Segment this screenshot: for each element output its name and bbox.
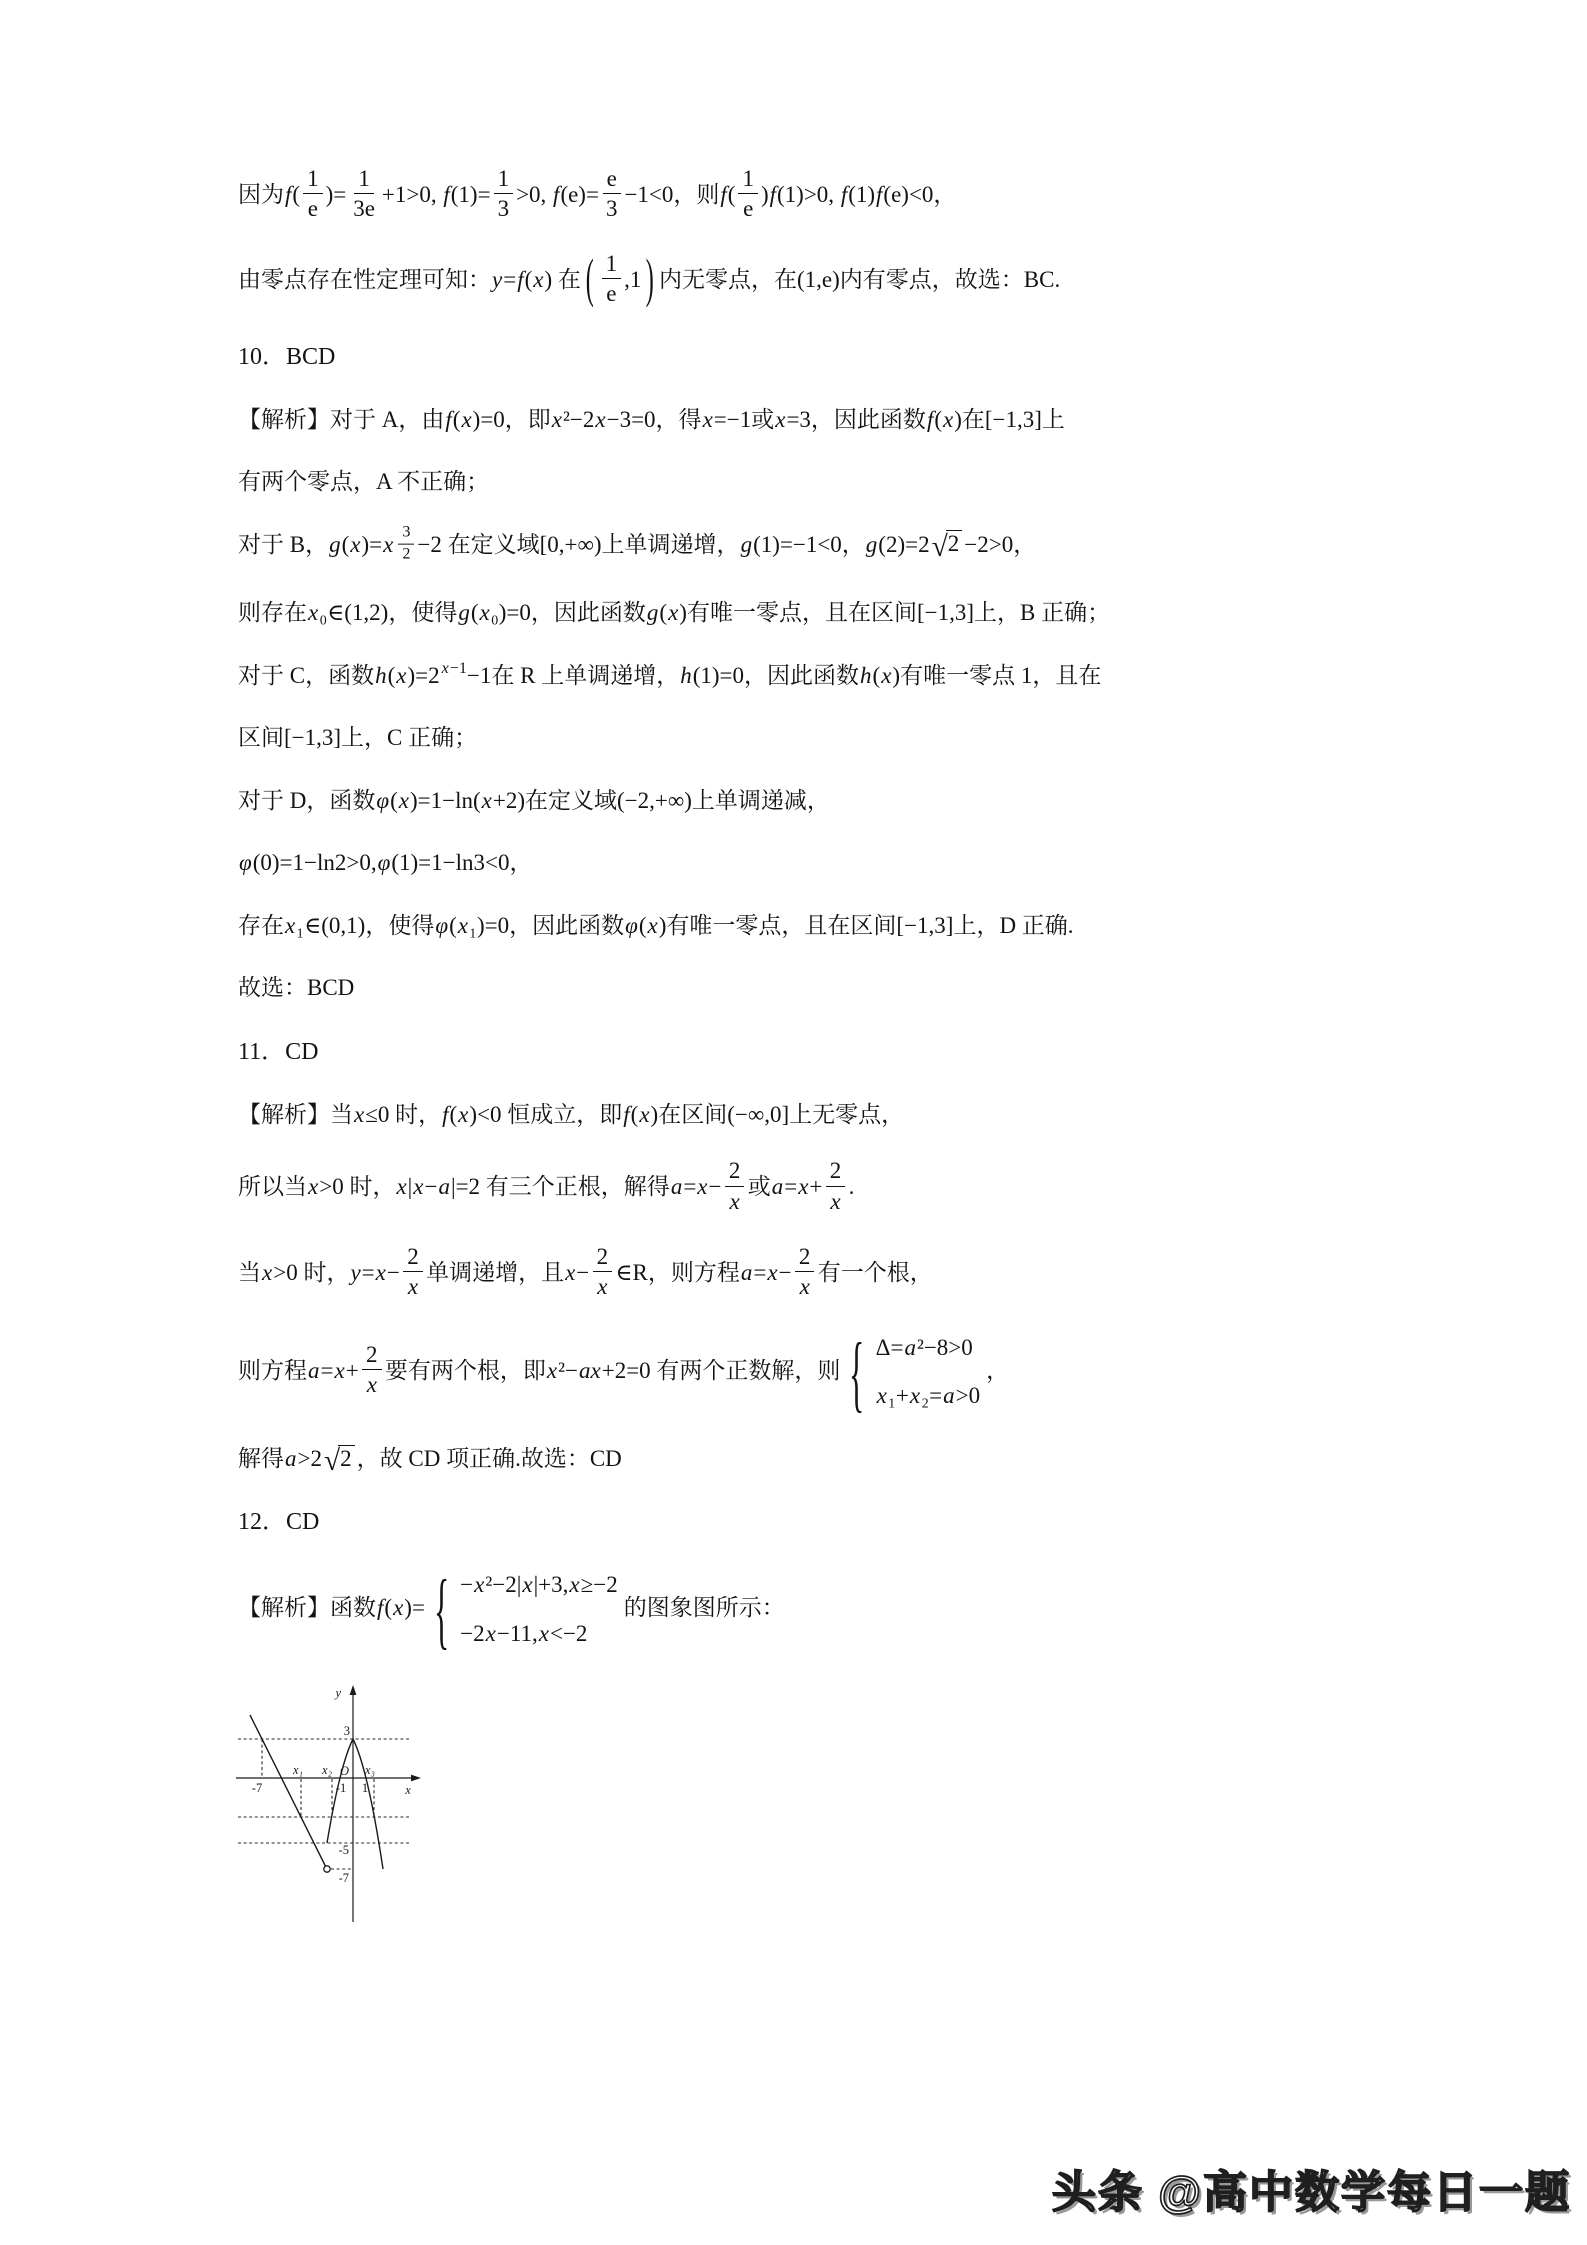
math-i: x: [568, 1572, 580, 1597]
math-t: (: [659, 600, 667, 625]
math-t: ≤0 时，: [365, 1102, 441, 1127]
math-t: =: [784, 1174, 797, 1199]
q10-expl-1: 【解析】对于 A，由f(x)=0，即x²−2x−3=0，得x=−1或x=3，因此…: [238, 403, 1368, 438]
math-t: −2: [460, 1621, 484, 1646]
q10-answer: 10．BCD: [238, 339, 1368, 375]
math-t: 2: [366, 1342, 378, 1367]
math-t: 由零点存在性定理可知：: [238, 267, 491, 292]
math-t: 【解析】对于 A，由: [238, 407, 444, 432]
math-t: )<0 恒成立，即: [469, 1102, 622, 1127]
math-t: (: [449, 913, 457, 938]
math-t: >0,: [516, 182, 552, 207]
math-i: x: [521, 1572, 533, 1597]
math-i: a: [740, 1260, 754, 1285]
math-sq: √2: [932, 530, 963, 557]
math-i: x: [307, 1174, 319, 1199]
math-t: ₀)=0，因此函数: [491, 600, 646, 625]
math-sup: 32: [395, 518, 417, 559]
math-t: ²−8>0: [917, 1335, 973, 1360]
origin-label: O: [340, 1764, 349, 1778]
math-i: x: [564, 1260, 576, 1285]
math-t: ²−: [558, 1358, 578, 1383]
math-t: 3e: [353, 196, 375, 221]
q10-expl-6: 区间[−1,3]上，C 正确；: [238, 721, 1368, 756]
math-t: −: [425, 1174, 438, 1199]
math-t: 则存在: [238, 600, 307, 625]
math-t: (e)<0，: [883, 182, 956, 207]
math-t: )有唯一零点，且在区间[−1,3]上，B 正确；: [679, 600, 1110, 625]
math-i: φ: [375, 788, 390, 813]
math-t: |=2 有三个正根，解得: [451, 1174, 670, 1199]
neg1-label: -1: [336, 1781, 346, 1795]
math-t: 内无零点，在(1,e)内有零点，故选：BC.: [659, 267, 1060, 292]
math-i: g: [328, 532, 342, 557]
math-t: (1)=0，因此函数: [693, 663, 859, 688]
math-i: y: [491, 267, 503, 292]
math-t: 3: [402, 523, 410, 540]
math-t: ∈R，则方程: [616, 1260, 740, 1285]
math-t: 2: [340, 1446, 352, 1471]
math-t: )=: [404, 1595, 425, 1620]
math-i: x: [797, 1174, 809, 1199]
cases-row: Δ=a²−8>0: [876, 1331, 980, 1366]
math-sup: x−1: [441, 657, 467, 681]
math-i: h: [374, 663, 388, 688]
math-i: x: [880, 663, 892, 688]
math-i: g: [646, 600, 660, 625]
math-t: 3: [498, 196, 510, 221]
math-t: (e)=: [560, 182, 599, 207]
math-t: =: [503, 267, 516, 292]
math-t: )=0，即: [473, 407, 551, 432]
q11-expl-1: 【解析】当x≤0 时，f(x)<0 恒成立，即f(x)在区间(−∞,0]上无零点…: [238, 1098, 1368, 1133]
math-t: (: [449, 1102, 457, 1127]
math-i: x: [392, 1595, 404, 1620]
math-i: x: [481, 788, 493, 813]
math-t: 有两个零点，A 不正确；: [238, 469, 489, 494]
math-t: ²−2: [563, 407, 594, 432]
math-i: φ: [377, 850, 392, 875]
q12-expl-1: 【解析】函数f(x)={−x²−2|x|+3,x≥−2−2x−11,x<−2的图…: [238, 1568, 1368, 1651]
math-cs: {Δ=a²−8>0x₁+x₂=a>0: [846, 1331, 980, 1414]
math-t: ₁+: [888, 1383, 909, 1408]
math-t: )有唯一零点 1，且在: [892, 663, 1101, 688]
math-t: (: [390, 788, 398, 813]
math-t: ) 在: [544, 267, 580, 292]
math-t: (: [471, 600, 479, 625]
dashed-guides: [238, 1739, 410, 1869]
math-i: x: [457, 913, 469, 938]
math-t: −1<0，则: [624, 182, 719, 207]
math-i: f: [622, 1102, 630, 1127]
math-t: 对于 D，函数: [238, 788, 375, 813]
math-t: >0 时，: [273, 1260, 349, 1285]
math-t: (: [728, 182, 736, 207]
math-i: a: [307, 1358, 321, 1383]
math-t: (0)=1−ln2>0,: [253, 850, 377, 875]
math-t: 因为: [238, 182, 284, 207]
math-i: x: [375, 1260, 387, 1285]
y-axis-label: y: [333, 1686, 341, 1700]
math-t: >0: [956, 1383, 980, 1408]
math-i: a: [284, 1446, 298, 1471]
math-t: −3=0，得: [607, 407, 702, 432]
math-t: −: [387, 1260, 400, 1285]
solution-lines: 因为f(1e)=13e+1>0, f(1)=13>0, f(e)=e3−1<0，…: [238, 168, 1368, 1651]
q10-expl-9: 存在x₁∈(0,1)，使得φ(x₁)=0，因此函数φ(x)有唯一零点，且在区间[…: [238, 909, 1368, 944]
x2-label: x₂: [321, 1763, 333, 1777]
math-i: x: [261, 1260, 273, 1285]
math-t: e: [606, 281, 616, 306]
math-i: x: [551, 407, 563, 432]
math-i: x: [333, 1358, 345, 1383]
document-page: 因为f(1e)=13e+1>0, f(1)=13>0, f(e)=e3−1<0，…: [0, 0, 1587, 2245]
math-t: ,1: [624, 267, 641, 292]
math-t: 所以当: [238, 1174, 307, 1199]
math-t: 1: [606, 251, 618, 276]
x-axis-label: x: [404, 1783, 411, 1797]
math-i: x: [349, 532, 361, 557]
q11-conclusion: 解得a>2√2，故 CD 项正确.故选：CD: [238, 1442, 1368, 1477]
q9-line-1: 因为f(1e)=13e+1>0, f(1)=13>0, f(e)=e3−1<0，…: [238, 168, 1368, 225]
math-t: 2: [948, 531, 960, 556]
math-i: a: [437, 1174, 451, 1199]
math-t: )=: [326, 182, 347, 207]
q10-expl-3: 对于 B，g(x)=x32−2 在定义域[0,+∞)上单调递增，g(1)=−1<…: [238, 528, 1368, 569]
math-t: e: [308, 196, 318, 221]
math-t: =: [683, 1174, 696, 1199]
math-i: x: [382, 532, 394, 557]
math-t: )=: [361, 532, 382, 557]
math-i: x: [407, 1274, 419, 1299]
math-f: 1e: [602, 250, 622, 307]
math-t: (: [639, 913, 647, 938]
math-t: |+3,: [534, 1572, 569, 1597]
math-t: .: [849, 1174, 855, 1199]
math-t: 解得: [238, 1446, 284, 1471]
q10-expl-5: 对于 C，函数h(x)=2x−1−1在 R 上单调递增，h(1)=0，因此函数h…: [238, 659, 1368, 694]
math-i: ax: [578, 1358, 602, 1383]
math-t: >2: [298, 1446, 322, 1471]
math-i: x: [702, 407, 714, 432]
peak-value-label: 3: [344, 1724, 350, 1738]
math-t: −: [460, 1572, 473, 1597]
math-t: 【解析】函数: [238, 1595, 376, 1620]
math-i: x: [799, 1274, 811, 1299]
function-graph: y x O 3 -7 x₁ x₂ x₃ -1 1 -5 -7: [228, 1679, 433, 1937]
math-i: a: [771, 1174, 785, 1199]
math-t: )在区间(−∞,0]上无零点，: [651, 1102, 905, 1127]
math-i: f: [840, 182, 848, 207]
math-f: 2x: [592, 1243, 612, 1300]
math-i: x: [538, 1621, 550, 1646]
math-i: g: [865, 532, 879, 557]
math-t: +: [809, 1174, 822, 1199]
math-i: a: [670, 1174, 684, 1199]
math-t: 故选：BCD: [238, 975, 354, 1000]
math-t: +2)在定义域(−2,+∞)上单调递减，: [493, 788, 830, 813]
math-t: 有一个根，: [818, 1260, 933, 1285]
math-t: 2: [799, 1244, 811, 1269]
math-t: 区间[−1,3]上，C 正确；: [238, 725, 477, 750]
math-t: −: [576, 1260, 589, 1285]
math-t: (1)>0,: [777, 182, 840, 207]
math-f: 13e: [349, 165, 379, 222]
q9-line-2: 由零点存在性定理可知：y=f(x) 在(1e,1)内无零点，在(1,e)内有零点…: [238, 253, 1368, 310]
open-circle: [324, 1866, 330, 1872]
math-i: x: [829, 1189, 841, 1214]
math-i: a: [903, 1335, 917, 1360]
math-t: 2: [830, 1158, 842, 1183]
math-t: )=2: [407, 663, 439, 688]
math-t: 2: [402, 545, 410, 562]
math-t: +: [346, 1358, 359, 1383]
math-i: x: [667, 600, 679, 625]
q12-answer: 12．CD: [238, 1504, 1368, 1540]
parabola-piece: [327, 1739, 383, 1869]
math-t: (: [384, 1595, 392, 1620]
math-t: ，: [986, 1358, 1009, 1383]
math-f: 1e: [738, 165, 758, 222]
math-i: x: [460, 407, 472, 432]
x-axis-arrow: [411, 1775, 421, 1782]
math-i: φ: [434, 913, 449, 938]
math-i: f: [442, 182, 450, 207]
math-i: x: [594, 407, 606, 432]
math-b: ): [646, 240, 654, 321]
math-i: f: [516, 267, 524, 292]
math-t: ，故 CD 项正确.故选：CD: [357, 1446, 622, 1471]
q11-answer: 11．CD: [238, 1034, 1368, 1070]
math-t: )有唯一零点，且在区间[−1,3]上，D 正确.: [659, 913, 1074, 938]
math-t: =−1或: [714, 407, 774, 432]
math-t: (1)=1−ln3<0，: [391, 850, 532, 875]
math-t: e: [743, 196, 753, 221]
math-t: 存在: [238, 913, 284, 938]
math-i: x: [395, 1174, 407, 1199]
math-i: x: [532, 267, 544, 292]
math-i: x: [307, 600, 319, 625]
math-t: ₁∈(0,1)，使得: [296, 913, 434, 938]
math-t: ₁)=0，因此函数: [469, 913, 624, 938]
math-i: x: [395, 663, 407, 688]
math-i: x: [638, 1102, 650, 1127]
math-t: ₂=: [921, 1383, 942, 1408]
math-t: −1在 R 上单调递增，: [467, 663, 679, 688]
q10-expl-2: 有两个零点，A 不正确；: [238, 465, 1368, 500]
q10-expl-7: 对于 D，函数φ(x)=1−ln(x+2)在定义域(−2,+∞)上单调递减，: [238, 784, 1368, 819]
math-i: x: [366, 1372, 378, 1397]
math-t: (: [292, 182, 300, 207]
q10-expl-4: 则存在x₀∈(1,2)，使得g(x₀)=0，因此函数g(x)有唯一零点，且在区间…: [238, 596, 1368, 631]
math-f: 13: [494, 165, 514, 222]
math-t: 11．CD: [238, 1039, 318, 1065]
math-f: 1e: [303, 165, 323, 222]
q11-expl-3: 当x>0 时，y=x−2x单调递增，且x−2x∈R，则方程a=x−2x有一个根，: [238, 1246, 1368, 1303]
math-t: (2)=2: [878, 532, 929, 557]
math-t: ²−2|: [485, 1572, 521, 1597]
math-t: 1: [358, 166, 370, 191]
math-i: x: [441, 660, 450, 677]
math-t: e: [607, 166, 617, 191]
math-t: ): [761, 182, 769, 207]
cases-brace: {: [849, 1308, 864, 1436]
math-t: 10．BCD: [238, 344, 335, 370]
math-f: 2x: [825, 1157, 845, 1214]
math-t: 对于 B，: [238, 532, 328, 557]
math-i: x: [485, 1621, 497, 1646]
cases-row: −2x−11,x<−2: [460, 1617, 618, 1652]
math-i: x: [284, 913, 296, 938]
math-t: 1: [307, 166, 319, 191]
math-i: f: [719, 182, 727, 207]
math-t: 【解析】当: [238, 1102, 353, 1127]
y-axis-arrow: [350, 1685, 357, 1695]
math-i: x: [876, 1383, 888, 1408]
math-t: −11,: [497, 1621, 538, 1646]
math-t: +1>0,: [382, 182, 442, 207]
math-i: x: [729, 1189, 741, 1214]
math-t: 3: [606, 196, 618, 221]
math-i: x: [412, 1174, 424, 1199]
math-i: x: [766, 1260, 778, 1285]
math-t: 当: [238, 1260, 261, 1285]
math-t: 单调递增，且: [426, 1260, 564, 1285]
math-t: −2>0，: [964, 532, 1036, 557]
math-t: Δ=: [876, 1335, 904, 1360]
math-t: ≥−2: [581, 1572, 618, 1597]
figure-12-graph-wrap: y x O 3 -7 x₁ x₂ x₃ -1 1 -5 -7: [228, 1679, 433, 1942]
math-b: (: [586, 240, 594, 321]
math-f: 2x: [725, 1157, 745, 1214]
math-t: (1): [848, 182, 875, 207]
math-t: −2 在定义域[0,+∞)上单调递增，: [417, 532, 739, 557]
yneg5-label: -5: [339, 1843, 349, 1857]
math-i: x: [457, 1102, 469, 1127]
math-i: x: [696, 1174, 708, 1199]
math-i: x: [942, 407, 954, 432]
math-t: (: [934, 407, 942, 432]
math-i: x: [479, 600, 491, 625]
cases-brace: {: [434, 1546, 449, 1674]
q10-conclusion: 故选：BCD: [238, 971, 1368, 1006]
math-i: h: [859, 663, 873, 688]
math-t: 要有两个根，即: [385, 1358, 546, 1383]
q11-expl-2: 所以当x>0 时，x|x−a|=2 有三个正根，解得a=x−2x或a=x+2x.: [238, 1160, 1368, 1217]
q10-expl-8: φ(0)=1−ln2>0,φ(1)=1−ln3<0，: [238, 846, 1368, 881]
math-t: =: [362, 1260, 375, 1285]
math-t: =: [321, 1358, 334, 1383]
math-t: −: [779, 1260, 792, 1285]
math-t: 的图象图所示：: [624, 1595, 785, 1620]
math-t: =: [753, 1260, 766, 1285]
math-t: −1: [450, 660, 467, 677]
math-i: h: [679, 663, 693, 688]
math-t: )在[−1,3]上: [954, 407, 1065, 432]
math-i: a: [942, 1383, 956, 1408]
x1-label: x₁: [292, 1763, 303, 1777]
math-f: 2x: [362, 1341, 382, 1398]
math-cs: {−x²−2|x|+3,x≥−2−2x−11,x<−2: [431, 1568, 618, 1651]
math-i: g: [457, 600, 471, 625]
math-t: <−2: [550, 1621, 587, 1646]
cases-row: −x²−2|x|+3,x≥−2: [460, 1568, 618, 1603]
cases-row: x₁+x₂=a>0: [876, 1379, 980, 1414]
math-t: 1: [742, 166, 754, 191]
math-t: (1)=−1<0，: [753, 532, 865, 557]
xneg7-label: -7: [252, 1781, 262, 1795]
math-t: +2=0 有两个正数解，则: [602, 1358, 841, 1383]
watermark: 头条 @高中数学每日一题: [1052, 2156, 1571, 2220]
q11-expl-4: 则方程a=x+2x要有两个根，即x²−ax+2=0 有两个正数解，则{Δ=a²−…: [238, 1331, 1368, 1414]
math-i: g: [740, 532, 754, 557]
math-t: −: [709, 1174, 722, 1199]
math-i: x: [774, 407, 786, 432]
math-t: 对于 C，函数: [238, 663, 374, 688]
math-f: e3: [602, 165, 622, 222]
math-t: )=1−ln(: [410, 788, 481, 813]
math-t: 2: [597, 1244, 609, 1269]
math-i: y: [349, 1260, 361, 1285]
math-i: f: [769, 182, 777, 207]
math-t: 或: [748, 1174, 771, 1199]
x3-label: x₃: [364, 1763, 375, 1777]
math-i: φ: [624, 913, 639, 938]
math-t: 则方程: [238, 1358, 307, 1383]
math-t: =3，因此函数: [786, 407, 925, 432]
math-i: f: [444, 407, 452, 432]
math-i: x: [546, 1358, 558, 1383]
math-i: x: [353, 1102, 365, 1127]
math-t: (1)=: [451, 182, 491, 207]
math-t: 12．CD: [238, 1509, 319, 1535]
pos1-label: 1: [362, 1781, 368, 1795]
math-t: 1: [498, 166, 510, 191]
math-t: 2: [407, 1244, 419, 1269]
math-f: 32: [398, 523, 414, 564]
math-i: x: [647, 913, 659, 938]
math-t: >0 时，: [319, 1174, 395, 1199]
math-i: x: [473, 1572, 485, 1597]
math-t: ₀∈(1,2)，使得: [319, 600, 457, 625]
math-i: x: [596, 1274, 608, 1299]
math-t: 2: [729, 1158, 741, 1183]
math-f: 2x: [403, 1243, 423, 1300]
math-sq: √2: [324, 1445, 355, 1472]
math-i: x: [398, 788, 410, 813]
solution-content: 因为f(1e)=13e+1>0, f(1)=13>0, f(e)=e3−1<0，…: [238, 168, 1368, 1942]
yneg7-label: -7: [339, 1871, 349, 1885]
math-f: 2x: [795, 1243, 815, 1300]
math-i: x: [909, 1383, 921, 1408]
math-i: φ: [238, 850, 253, 875]
